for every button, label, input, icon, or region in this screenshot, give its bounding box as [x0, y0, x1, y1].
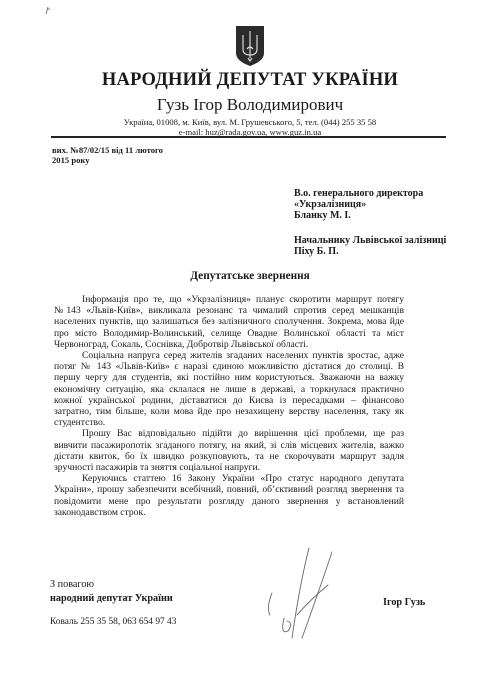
- trident-icon: [235, 25, 265, 67]
- document-title: Депутатське звернення: [0, 270, 500, 282]
- address: Україна, 01008, м. Київ, вул. М. Грушевс…: [0, 117, 500, 127]
- outgoing-reference: вих. №87/02/15 від 11 лютого 2015 року: [52, 145, 182, 165]
- stray-mark: [43, 6, 51, 18]
- signatory-name: Ігор Гузь: [383, 597, 425, 608]
- closing-block: З повагою народний депутат України: [50, 578, 173, 605]
- paragraph: Соціальна напруга серед жителів згаданих…: [54, 350, 404, 428]
- signature-icon: [262, 543, 332, 643]
- position-text: народний депутат України: [50, 592, 173, 606]
- regards-text: З повагою: [50, 578, 173, 592]
- recipient-ukrzaliznytsia: В.о. генерального директора «Укрзалізниц…: [294, 188, 423, 221]
- letter-body: Інформація про те, що «Укрзалізниця» пла…: [54, 294, 404, 518]
- header-title: НАРОДНИЙ ДЕПУТАТ УКРАЇНИ: [0, 70, 500, 91]
- paragraph: Керуючись статтею 16 Закону України «Про…: [54, 473, 404, 518]
- recipient-lviv-railway: Начальнику Львівської залізниці Піху Б. …: [294, 235, 446, 257]
- paragraph: Інформація про те, що «Укрзалізниця» пла…: [54, 294, 404, 350]
- paragraph: Прошу Вас відповідально підійти до виріш…: [54, 428, 404, 473]
- deputy-name: Гузь Ігор Володимирович: [0, 95, 500, 115]
- header-divider: [51, 136, 446, 138]
- executor-contact: Коваль 255 35 58, 063 654 97 43: [50, 617, 176, 627]
